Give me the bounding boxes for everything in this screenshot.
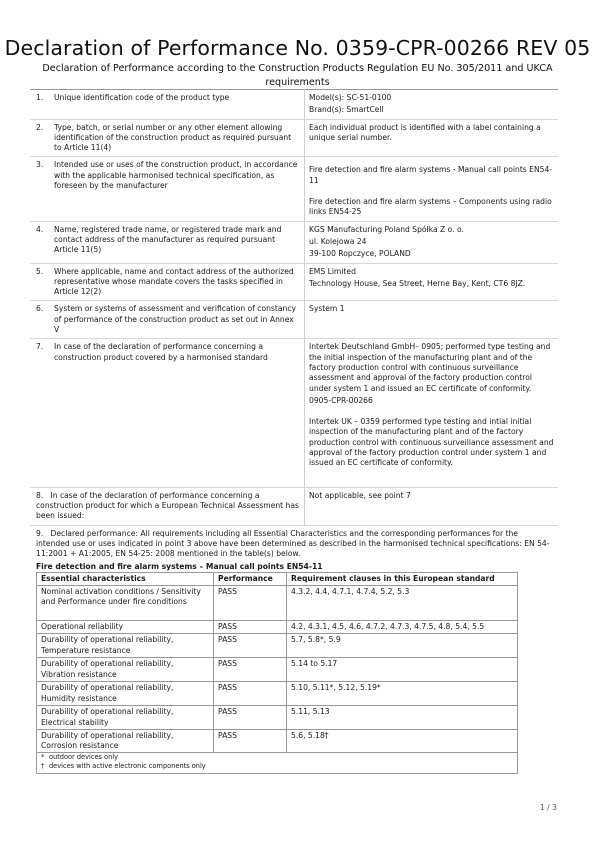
item-row-1: 1.Unique identification code of the prod…	[30, 90, 558, 120]
item-number: 6.	[36, 304, 43, 314]
note-outdoor: *outdoor devices only	[41, 753, 513, 762]
item-question: Where applicable, name and contact addre…	[54, 267, 294, 297]
item-question: In case of the declaration of performanc…	[36, 491, 299, 521]
clauses-cell: 5.14 to 5.17	[287, 658, 518, 682]
item-answer: Not applicable, see point 7	[309, 491, 554, 501]
item-number: 5.	[36, 267, 43, 277]
item-answer: Each individual product is identified wi…	[309, 123, 554, 144]
document-title: Declaration of Performance No. 0359-CPR-…	[0, 36, 595, 60]
item-question: Intended use or uses of the construction…	[54, 160, 297, 190]
item-row-6: 6.System or systems of assessment and ve…	[30, 301, 558, 339]
header-requirement-clauses: Requirement clauses in this European sta…	[287, 573, 518, 586]
manufacturer-name: KGS Manufacturing Poland Spółka Z o. o.	[309, 225, 554, 235]
item-number: 4.	[36, 225, 43, 235]
notified-body-1: Intertek Deutschland GmbH– 0905; perform…	[309, 342, 554, 393]
item-number: 8.	[36, 491, 43, 500]
characteristic-cell: Durability of operational reliability, H…	[37, 682, 214, 706]
characteristic-cell: Durability of operational reliability, E…	[37, 706, 214, 730]
item-row-3: 3.Intended use or uses of the constructi…	[30, 157, 558, 221]
clauses-cell: 4.2, 4.3.1, 4.5, 4.6, 4.7.2, 4.7.3, 4.7.…	[287, 621, 518, 634]
item-question: Type, batch, or serial number or any oth…	[54, 123, 291, 153]
characteristic-cell: Nominal activation conditions / Sensitiv…	[37, 586, 214, 621]
item-question: Name, registered trade name, or register…	[54, 225, 281, 255]
table-row: Durability of operational reliability, V…	[37, 658, 518, 682]
performance-cell: PASS	[214, 658, 287, 682]
table-row: Durability of operational reliability, C…	[37, 729, 518, 753]
item-number: 7.	[36, 342, 43, 352]
item-row-8: 8. In case of the declaration of perform…	[30, 487, 558, 525]
performance-cell: PASS	[214, 634, 287, 658]
manufacturer-city: 39-100 Ropczyce, POLAND	[309, 249, 554, 259]
characteristic-cell: Durability of operational reliability, V…	[37, 658, 214, 682]
performance-cell: PASS	[214, 706, 287, 730]
item-number: 9.	[36, 529, 43, 538]
item-row-5: 5.Where applicable, name and contact add…	[30, 263, 558, 301]
header-performance: Performance	[214, 573, 287, 586]
item-row-4: 4.Name, registered trade name, or regist…	[30, 221, 558, 263]
clauses-cell: 5.7, 5.8*, 5.9	[287, 634, 518, 658]
performance-table-header: Essential characteristics Performance Re…	[37, 573, 518, 586]
table-row: Durability of operational reliability, T…	[37, 634, 518, 658]
item-number: 2.	[36, 123, 43, 133]
characteristic-cell: Operational reliability	[37, 621, 214, 634]
table-row: Nominal activation conditions / Sensitiv…	[37, 586, 518, 621]
performance-cell: PASS	[214, 621, 287, 634]
item-question: In case of the declaration of performanc…	[54, 342, 268, 361]
performance-cell: PASS	[214, 682, 287, 706]
clauses-cell: 4.3.2, 4.4, 4.7.1, 4.7.4, 5.2, 5.3	[287, 586, 518, 621]
characteristic-cell: Durability of operational reliability, C…	[37, 729, 214, 753]
note-active-electronics: †devices with active electronic componen…	[41, 762, 513, 771]
representative-address: Technology House, Sea Street, Herne Bay,…	[309, 279, 554, 289]
table-notes-row: *outdoor devices only †devices with acti…	[37, 753, 518, 773]
characteristic-cell: Durability of operational reliability, T…	[37, 634, 214, 658]
performance-table: Essential characteristics Performance Re…	[36, 572, 518, 774]
item-number: 1.	[36, 93, 43, 103]
performance-table-title: Fire detection and fire alarm systems – …	[36, 562, 323, 571]
page-number: 1 / 3	[540, 803, 557, 812]
item-question: System or systems of assessment and veri…	[54, 304, 296, 334]
declaration-table: 1.Unique identification code of the prod…	[30, 89, 558, 562]
declared-performance-text: Declared performance: All requirements i…	[36, 529, 550, 559]
table-row: Operational reliability PASS 4.2, 4.3.1,…	[37, 621, 518, 634]
intended-use-1: Fire detection and fire alarm systems - …	[309, 165, 554, 186]
performance-cell: PASS	[214, 729, 287, 753]
manufacturer-street: ul. Kolejowa 24	[309, 237, 554, 247]
item-row-9: 9. Declared performance: All requirement…	[30, 525, 558, 562]
item-question: Unique identification code of the produc…	[54, 93, 229, 102]
model-value: Model(s): SC-51-0100	[309, 93, 554, 103]
representative-name: EMS Limited	[309, 267, 554, 277]
notified-body-2: Intertek UK – 0359 performed type testin…	[309, 417, 554, 468]
brand-value: Brand(s): SmartCell	[309, 105, 554, 115]
clauses-cell: 5.6, 5.18†	[287, 729, 518, 753]
item-row-2: 2.Type, batch, or serial number or any o…	[30, 119, 558, 157]
intended-use-2: Fire detection and fire alarm systems – …	[309, 197, 554, 218]
table-row: Durability of operational reliability, H…	[37, 682, 518, 706]
header-essential-characteristics: Essential characteristics	[37, 573, 214, 586]
document-subtitle: Declaration of Performance according to …	[40, 62, 555, 90]
clauses-cell: 5.10, 5.11*, 5.12, 5.19*	[287, 682, 518, 706]
item-number: 3.	[36, 160, 43, 170]
certificate-number: 0905-CPR-00266	[309, 396, 554, 406]
table-row: Durability of operational reliability, E…	[37, 706, 518, 730]
clauses-cell: 5.11, 5.13	[287, 706, 518, 730]
performance-cell: PASS	[214, 586, 287, 621]
item-row-7: 7.In case of the declaration of performa…	[30, 339, 558, 487]
assessment-system: System 1	[309, 304, 554, 314]
